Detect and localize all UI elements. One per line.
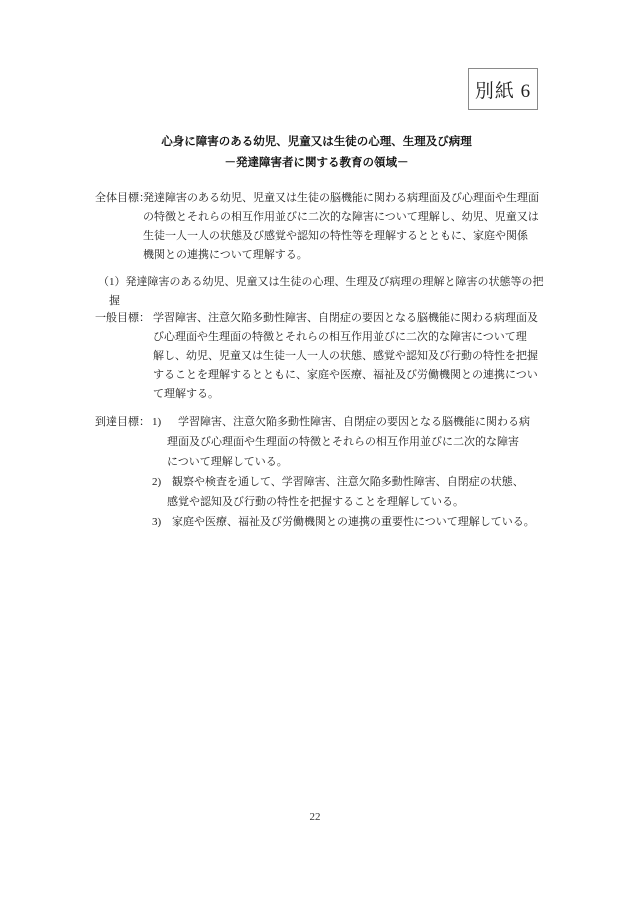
attainment-goal-items: 1) 学習障害、注意欠陥多動性障害、自閉症の要因となる脳機能に関わる病 理面及び…	[152, 412, 535, 532]
general-goal-section: 一般目標： 学習障害、注意欠陥多動性障害、自閉症の要因となる脳機能に関わる病理面…	[95, 309, 538, 404]
general-goal-text: 学習障害、注意欠陥多動性障害、自閉症の要因となる脳機能に関わる病理面及 び心理面…	[153, 309, 538, 404]
document-page: 別紙 6 心身に障害のある幼児、児童又は生徒の心理、生理及び病理 －発達障害者に…	[0, 0, 630, 903]
attainment-goal-section: 到達目標： 1) 学習障害、注意欠陥多動性障害、自閉症の要因となる脳機能に関わる…	[95, 412, 535, 532]
attainment-goal-label: 到達目標：	[95, 412, 143, 432]
attainment-item-2-number: 2)	[152, 472, 167, 492]
attainment-item-1-number: 1)	[152, 412, 167, 432]
document-title-line1: 心身に障害のある幼児、児童又は生徒の心理、生理及び病理	[95, 132, 538, 153]
attainment-item-3: 3) 家庭や医療、福祉及び労働機関との連携の重要性について理解している。	[152, 512, 535, 532]
page-number: 22	[0, 811, 630, 823]
attachment-number-box: 別紙 6	[468, 68, 538, 110]
attainment-item-3-number: 3)	[152, 512, 167, 532]
attainment-item-1: 1) 学習障害、注意欠陥多動性障害、自閉症の要因となる脳機能に関わる病 理面及び…	[152, 412, 535, 472]
document-title-line2: －発達障害者に関する教育の領域－	[95, 153, 538, 174]
overall-goal-label: 全体目標：	[95, 189, 143, 208]
section-1-heading: （1）発達障害のある幼児、児童又は生徒の心理、生理及び病理の理解と障害の状態等の…	[98, 273, 544, 311]
attainment-item-1-text: 学習障害、注意欠陥多動性障害、自閉症の要因となる脳機能に関わる病 理面及び心理面…	[167, 412, 530, 472]
overall-goal-section: 全体目標： 発達障害のある幼児、児童又は生徒の脳機能に関わる病理面及び心理面や生…	[95, 189, 539, 265]
general-goal-label: 一般目標：	[95, 309, 143, 328]
overall-goal-text: 発達障害のある幼児、児童又は生徒の脳機能に関わる病理面及び心理面や生理面 の特徴…	[143, 189, 539, 265]
attainment-item-3-text: 家庭や医療、福祉及び労働機関との連携の重要性について理解している。	[167, 512, 535, 532]
attachment-number-label: 別紙 6	[475, 76, 531, 103]
document-title: 心身に障害のある幼児、児童又は生徒の心理、生理及び病理 －発達障害者に関する教育…	[95, 132, 538, 174]
attainment-item-2-text: 観察や検査を通して、学習障害、注意欠陥多動性障害、自閉症の状態、 感覚や認知及び…	[167, 472, 524, 512]
attainment-item-2: 2) 観察や検査を通して、学習障害、注意欠陥多動性障害、自閉症の状態、 感覚や認…	[152, 472, 535, 512]
